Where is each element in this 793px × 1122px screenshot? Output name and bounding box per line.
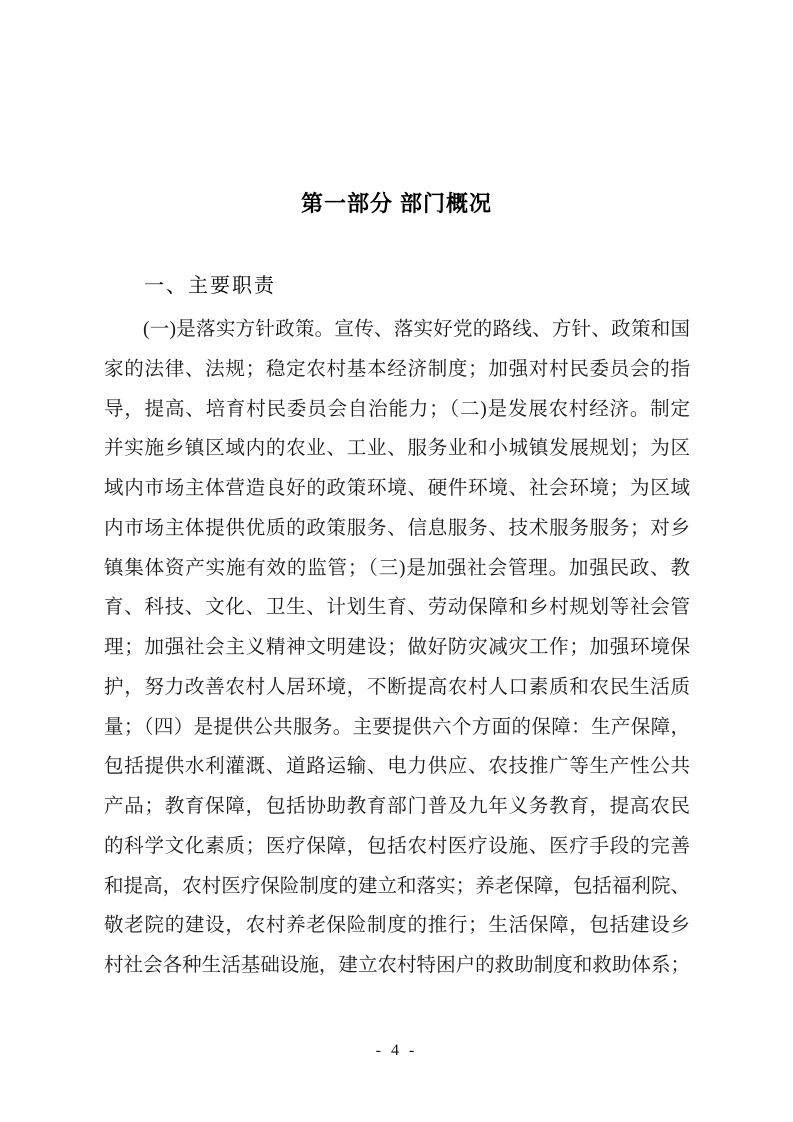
document-page: 第一部分 部门概况 一、主要职责 (一)是落实方针政策。宣传、落实好党的路线、方… [0, 0, 793, 1122]
text-line: 内市场主体提供优质的政策服务、信息服务、技术服务服务；对乡 [104, 509, 690, 549]
text-line: 育、科技、文化、卫生、计划生育、劳动保障和乡村规划等社会管 [104, 588, 690, 628]
text-line: 和提高，农村医疗保险制度的建立和落实；养老保障，包括福利院、 [104, 867, 690, 907]
text-line: 镇集体资产实施有效的监管；（三)是加强社会管理。加强民政、教 [104, 549, 690, 589]
text-line: 护，努力改善农村人居环境，不断提高农村人口素质和农民生活质 [104, 668, 690, 708]
text-line: 家的法律、法规；稳定农村基本经济制度；加强对村民委员会的指 [104, 350, 690, 390]
body-paragraph: (一)是落实方针政策。宣传、落实好党的路线、方针、政策和国家的法律、法规；稳定农… [104, 310, 690, 986]
text-line: 导，提高、培育村民委员会自治能力；（二)是发展农村经济。制定 [104, 390, 690, 430]
text-line: 量；（四）是提供公共服务。主要提供六个方面的保障：生产保障， [104, 708, 690, 748]
text-line: 产品；教育保障，包括协助教育部门普及九年义务教育，提高农民 [104, 787, 690, 827]
page-number: - 4 - [0, 1042, 793, 1060]
page-title: 第一部分 部门概况 [0, 190, 793, 218]
text-line: 域内市场主体营造良好的政策环境、硬件环境、社会环境；为区域 [104, 469, 690, 509]
text-line: 村社会各种生活基础设施，建立农村特困户的救助制度和救助体系； [104, 946, 690, 986]
text-line: (一)是落实方针政策。宣传、落实好党的路线、方针、政策和国 [104, 310, 690, 350]
text-line: 并实施乡镇区域内的农业、工业、服务业和小城镇发展规划；为区 [104, 429, 690, 469]
section-heading: 一、主要职责 [104, 271, 690, 301]
text-line: 包括提供水利灌溉、道路运输、电力供应、农技推广等生产性公共 [104, 747, 690, 787]
text-line: 理；加强社会主义精神文明建设；做好防灾减灾工作；加强环境保 [104, 628, 690, 668]
text-line: 的科学文化素质；医疗保障，包括农村医疗设施、医疗手段的完善 [104, 827, 690, 867]
text-line: 敬老院的建设，农村养老保险制度的推行；生活保障，包括建设乡 [104, 906, 690, 946]
